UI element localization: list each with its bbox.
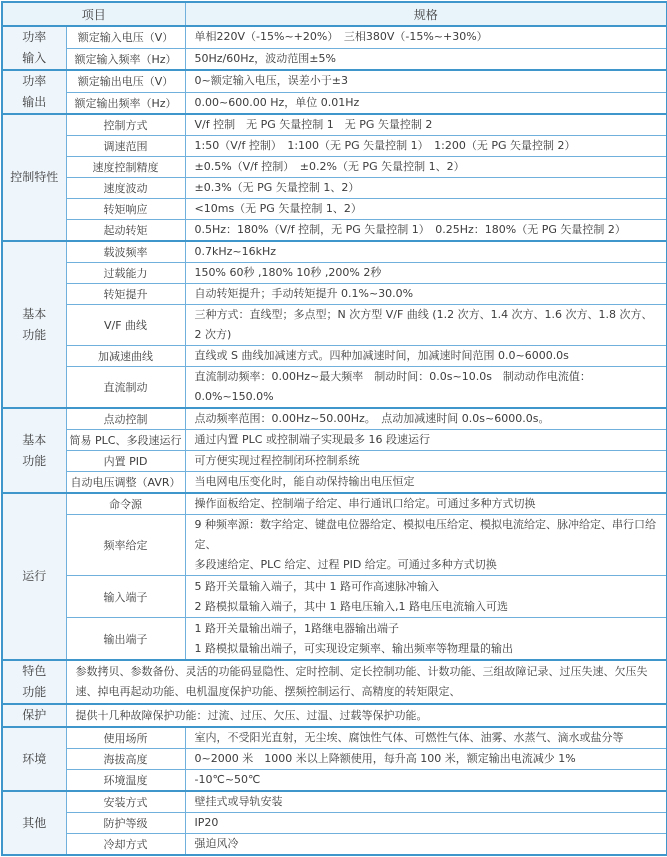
table-row: 功率 输入 额定输入电压（V） 单相220V（-15%~+20%） 三相380V… xyxy=(2,26,667,48)
spec-cell: 当电网电压变化时，能自动保持输出电压恒定 xyxy=(185,472,667,494)
spec-cell: 0~额定输入电压，误差小于±3 xyxy=(185,70,667,92)
table-row: 输入端子 5 路开关量输入端子，其中 1 路可作高速脉冲输入 2 路模拟量输入端… xyxy=(2,576,667,618)
table-row: 环境温度 -10℃~50℃ xyxy=(2,770,667,792)
item-cell: 环境温度 xyxy=(66,770,185,792)
item-cell: 冷却方式 xyxy=(66,834,185,856)
spec-cell: 9 种频率源：数字给定、键盘电位器给定、模拟电压给定、模拟电流给定、脉冲给定、串… xyxy=(185,515,667,576)
table-row: 直流制动 直流制动频率：0.00Hz~最大频率 制动时间：0.0s~10.0s … xyxy=(2,367,667,409)
spec-cell: 操作面板给定、控制端子给定、串行通讯口给定。可通过多种方式切换 xyxy=(185,493,667,515)
spec-cell: V/f 控制 无 PG 矢量控制 1 无 PG 矢量控制 2 xyxy=(185,114,667,136)
item-cell: 速度波动 xyxy=(66,178,185,199)
group-cell: 保护 xyxy=(2,704,66,727)
group-cell: 特色 功能 xyxy=(2,660,66,704)
spec-cell: 三种方式：直线型；多点型；N 次方型 V/F 曲线 (1.2 次方、1.4 次方… xyxy=(185,305,667,346)
table-row: 转矩提升 自动转矩提升；手动转矩提升 0.1%~30.0% xyxy=(2,284,667,305)
spec-cell: 点动频率范围：0.00Hz~50.00Hz。 点动加减速时间 0.0s~6000… xyxy=(185,408,667,430)
item-cell: 转矩响应 xyxy=(66,199,185,220)
item-cell: 命令源 xyxy=(66,493,185,515)
item-cell: 输出端子 xyxy=(66,618,185,661)
item-cell: 点动控制 xyxy=(66,408,185,430)
table-row: 过载能力 150% 60秒 ,180% 10秒 ,200% 2秒 xyxy=(2,263,667,284)
table-row: 输出端子 1 路开关量输出端子，1路继电器输出端子 1 路模拟量输出端子，可实现… xyxy=(2,618,667,661)
group-cell: 基本 功能 xyxy=(2,241,66,408)
spec-cell: 强迫风冷 xyxy=(185,834,667,856)
table-row: 环境 使用场所 室内，不受阳光直射，无尘埃、腐蚀性气体、可燃性气体、油雾、水蒸气… xyxy=(2,727,667,749)
table-row: 海拔高度 0~2000 米 1000 米以上降额使用，每升高 100 米，额定输… xyxy=(2,749,667,770)
item-cell: 额定输出频率（Hz） xyxy=(66,92,185,114)
spec-cell: 室内，不受阳光直射，无尘埃、腐蚀性气体、可燃性气体、油雾、水蒸气、滴水或盐分等 xyxy=(185,727,667,749)
table-row: 特色 功能 参数拷贝、参数备份、灵活的功能码显隐性、定时控制、定长控制功能、计数… xyxy=(2,660,667,704)
table-row: 内置 PID 可方便实现过程控制闭环控制系统 xyxy=(2,451,667,472)
table-row: 其他 安装方式 壁挂式或导轨安装 xyxy=(2,791,667,813)
item-cell: 安装方式 xyxy=(66,791,185,813)
table-row: 额定输入频率（Hz） 50Hz/60Hz，波动范围±5% xyxy=(2,48,667,70)
item-cell: 额定输出电压（V） xyxy=(66,70,185,92)
header-item-cell: 项目 xyxy=(2,2,185,26)
spec-cell: 50Hz/60Hz，波动范围±5% xyxy=(185,48,667,70)
table-row: 控制特性 控制方式 V/f 控制 无 PG 矢量控制 1 无 PG 矢量控制 2 xyxy=(2,114,667,136)
spec-cell: 150% 60秒 ,180% 10秒 ,200% 2秒 xyxy=(185,263,667,284)
item-cell: 海拔高度 xyxy=(66,749,185,770)
spec-cell: 可方便实现过程控制闭环控制系统 xyxy=(185,451,667,472)
table-row: 运行 命令源 操作面板给定、控制端子给定、串行通讯口给定。可通过多种方式切换 xyxy=(2,493,667,515)
item-cell: 控制方式 xyxy=(66,114,185,136)
item-cell: 起动转矩 xyxy=(66,220,185,242)
table-row: 自动电压调整（AVR） 当电网电压变化时，能自动保持输出电压恒定 xyxy=(2,472,667,494)
spec-cell: -10℃~50℃ xyxy=(185,770,667,792)
table-row: 速度波动 ±0.3%（无 PG 矢量控制 1、2） xyxy=(2,178,667,199)
spec-cell: 参数拷贝、参数备份、灵活的功能码显隐性、定时控制、定长控制功能、计数功能、三组故… xyxy=(66,660,667,704)
group-cell: 控制特性 xyxy=(2,114,66,241)
spec-table: 项目 规格 功率 输入 额定输入电压（V） 单相220V（-15%~+20%） … xyxy=(1,1,667,856)
spec-cell: 0.5Hz：180%（V/f 控制，无 PG 矢量控制 1） 0.25Hz：18… xyxy=(185,220,667,242)
table-row: 功率 输出 额定输出电压（V） 0~额定输入电压，误差小于±3 xyxy=(2,70,667,92)
item-cell: V/F 曲线 xyxy=(66,305,185,346)
item-cell: 载波频率 xyxy=(66,241,185,263)
group-cell: 功率 输入 xyxy=(2,26,66,70)
item-cell: 调速范围 xyxy=(66,136,185,157)
spec-cell: 0.00~600.00 Hz，单位 0.01Hz xyxy=(185,92,667,114)
spec-cell: 5 路开关量输入端子，其中 1 路可作高速脉冲输入 2 路模拟量输入端子，其中 … xyxy=(185,576,667,618)
spec-cell: <10ms（无 PG 矢量控制 1、2） xyxy=(185,199,667,220)
table-row: 加减速曲线 直线或 S 曲线加减速方式。四种加减速时间，加减速时间范围 0.0~… xyxy=(2,346,667,367)
spec-cell: 0~2000 米 1000 米以上降额使用，每升高 100 米，额定输出电流减少… xyxy=(185,749,667,770)
item-cell: 内置 PID xyxy=(66,451,185,472)
item-cell: 转矩提升 xyxy=(66,284,185,305)
spec-cell: ±0.3%（无 PG 矢量控制 1、2） xyxy=(185,178,667,199)
table-row: 额定输出频率（Hz） 0.00~600.00 Hz，单位 0.01Hz xyxy=(2,92,667,114)
item-cell: 防护等级 xyxy=(66,813,185,834)
spec-cell: 壁挂式或导轨安装 xyxy=(185,791,667,813)
item-cell: 速度控制精度 xyxy=(66,157,185,178)
spec-cell: 自动转矩提升；手动转矩提升 0.1%~30.0% xyxy=(185,284,667,305)
table-header-row: 项目 规格 xyxy=(2,2,667,26)
table-row: 基本 功能 载波频率 0.7kHz~16kHz xyxy=(2,241,667,263)
spec-cell: 单相220V（-15%~+20%） 三相380V（-15%~+30%） xyxy=(185,26,667,48)
item-cell: 简易 PLC、多段速运行 xyxy=(66,430,185,451)
item-cell: 使用场所 xyxy=(66,727,185,749)
item-cell: 自动电压调整（AVR） xyxy=(66,472,185,494)
spec-cell: 1 路开关量输出端子，1路继电器输出端子 1 路模拟量输出端子，可实现设定频率、… xyxy=(185,618,667,661)
table-row: 冷却方式 强迫风冷 xyxy=(2,834,667,856)
group-cell: 环境 xyxy=(2,727,66,791)
header-spec-cell: 规格 xyxy=(185,2,667,26)
table-row: 防护等级 IP20 xyxy=(2,813,667,834)
item-cell: 频率给定 xyxy=(66,515,185,576)
item-cell: 加减速曲线 xyxy=(66,346,185,367)
group-cell: 功率 输出 xyxy=(2,70,66,114)
item-cell: 输入端子 xyxy=(66,576,185,618)
item-cell: 额定输入电压（V） xyxy=(66,26,185,48)
table-row: V/F 曲线 三种方式：直线型；多点型；N 次方型 V/F 曲线 (1.2 次方… xyxy=(2,305,667,346)
table-row: 频率给定 9 种频率源：数字给定、键盘电位器给定、模拟电压给定、模拟电流给定、脉… xyxy=(2,515,667,576)
table-row: 调速范围 1:50（V/f 控制） 1:100（无 PG 矢量控制 1） 1:2… xyxy=(2,136,667,157)
spec-cell: 通过内置 PLC 或控制端子实现最多 16 段速运行 xyxy=(185,430,667,451)
group-cell: 基本 功能 xyxy=(2,408,66,493)
spec-cell: 提供十几种故障保护功能：过流、过压、欠压、过温、过载等保护功能。 xyxy=(66,704,667,727)
spec-cell: 直流制动频率：0.00Hz~最大频率 制动时间：0.0s~10.0s 制动动作电… xyxy=(185,367,667,409)
item-cell: 过载能力 xyxy=(66,263,185,284)
item-cell: 额定输入频率（Hz） xyxy=(66,48,185,70)
table-row: 保护 提供十几种故障保护功能：过流、过压、欠压、过温、过载等保护功能。 xyxy=(2,704,667,727)
spec-cell: IP20 xyxy=(185,813,667,834)
table-row: 基本 功能 点动控制 点动频率范围：0.00Hz~50.00Hz。 点动加减速时… xyxy=(2,408,667,430)
table-row: 速度控制精度 ±0.5%（V/f 控制） ±0.2%（无 PG 矢量控制 1、2… xyxy=(2,157,667,178)
group-cell: 运行 xyxy=(2,493,66,660)
item-cell: 直流制动 xyxy=(66,367,185,409)
spec-cell: ±0.5%（V/f 控制） ±0.2%（无 PG 矢量控制 1、2） xyxy=(185,157,667,178)
spec-cell: 直线或 S 曲线加减速方式。四种加减速时间，加减速时间范围 0.0~6000.0… xyxy=(185,346,667,367)
spec-cell: 1:50（V/f 控制） 1:100（无 PG 矢量控制 1） 1:200（无 … xyxy=(185,136,667,157)
table-row: 简易 PLC、多段速运行 通过内置 PLC 或控制端子实现最多 16 段速运行 xyxy=(2,430,667,451)
table-row: 起动转矩 0.5Hz：180%（V/f 控制，无 PG 矢量控制 1） 0.25… xyxy=(2,220,667,242)
group-cell: 其他 xyxy=(2,791,66,855)
spec-cell: 0.7kHz~16kHz xyxy=(185,241,667,263)
table-row: 转矩响应 <10ms（无 PG 矢量控制 1、2） xyxy=(2,199,667,220)
